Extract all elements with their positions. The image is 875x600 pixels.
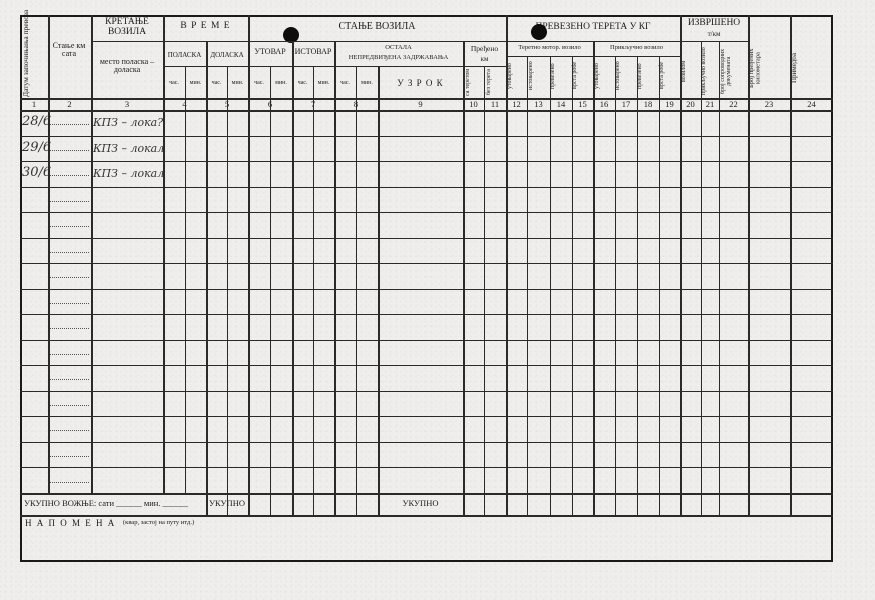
column-number-13: 13 bbox=[527, 100, 550, 109]
grid-line bbox=[185, 66, 186, 493]
grid-line bbox=[91, 15, 93, 493]
header-15: врста робе bbox=[572, 56, 593, 96]
row-line bbox=[20, 187, 833, 188]
row-line bbox=[20, 365, 833, 366]
subheader-minutes: мин. bbox=[185, 80, 206, 86]
row-line bbox=[20, 212, 833, 213]
table-row[interactable] bbox=[20, 391, 833, 417]
row-line bbox=[20, 416, 833, 417]
table-row[interactable] bbox=[20, 289, 833, 315]
header-polaska: ПОЛАСКА bbox=[163, 52, 206, 59]
row-route: КПЗ – локал bbox=[93, 142, 164, 155]
header-21: прикључно возило bbox=[701, 46, 719, 96]
header-17: истоварено bbox=[615, 56, 637, 96]
header-nepredvidjena: НЕПРЕДВИЂЕНА ЗАДРЖАВАЊА bbox=[334, 55, 463, 62]
table-row[interactable] bbox=[20, 442, 833, 468]
napomena-field[interactable] bbox=[22, 530, 831, 560]
odometer-dotted-line bbox=[50, 328, 89, 329]
table-row[interactable] bbox=[20, 340, 833, 366]
napomena-label: Н А П О М Е Н А bbox=[25, 519, 116, 528]
column-number-3: 3 bbox=[91, 100, 163, 109]
grid-line bbox=[790, 15, 792, 515]
odometer-dotted-line bbox=[50, 252, 89, 253]
table-row[interactable] bbox=[20, 212, 833, 238]
row-line bbox=[20, 136, 833, 137]
grid-line bbox=[270, 66, 271, 515]
table-row[interactable] bbox=[20, 467, 833, 493]
table-row[interactable] bbox=[20, 365, 833, 391]
odometer-dotted-line bbox=[50, 430, 89, 431]
header-date: Датум започињања превоза bbox=[22, 17, 46, 97]
grid-line bbox=[206, 41, 208, 515]
grid-line bbox=[313, 66, 314, 515]
grid-line bbox=[463, 41, 465, 515]
grid-line bbox=[20, 110, 833, 112]
header-19: врста робе bbox=[659, 56, 680, 96]
grid-line bbox=[334, 41, 336, 515]
header-prikljucno: Прикључно возило bbox=[593, 45, 680, 52]
row-date: 28/6 bbox=[22, 114, 51, 129]
grid-line bbox=[292, 41, 294, 515]
grid-line bbox=[20, 515, 833, 517]
table-row[interactable] bbox=[20, 416, 833, 442]
row-line bbox=[20, 467, 833, 468]
header-23: Број пређених километара bbox=[749, 40, 790, 96]
odometer-dotted-line bbox=[50, 277, 89, 278]
table-row[interactable] bbox=[20, 263, 833, 289]
row-line bbox=[20, 263, 833, 264]
subheader-hours: час. bbox=[334, 80, 356, 86]
grid-line bbox=[248, 41, 463, 42]
grid-line bbox=[163, 15, 165, 493]
total-driving-label: УКУПНО ВОЖЊЕ: сати ______ мин. ______ bbox=[24, 499, 188, 508]
row-line bbox=[20, 442, 833, 443]
grid-line bbox=[680, 41, 748, 42]
header-20: возилом bbox=[681, 46, 700, 96]
column-number-19: 19 bbox=[659, 100, 680, 109]
grid-line bbox=[506, 15, 508, 515]
header-18: превезено bbox=[637, 56, 659, 96]
grid-line bbox=[593, 41, 595, 515]
column-number-24: 24 bbox=[790, 100, 833, 109]
odometer-dotted-line bbox=[50, 175, 89, 176]
column-number-2: 2 bbox=[48, 100, 91, 109]
header-tkm: т/км bbox=[680, 31, 748, 38]
grid-line bbox=[163, 41, 248, 42]
odometer-dotted-line bbox=[50, 124, 89, 125]
header-16: утоварено bbox=[594, 56, 615, 96]
column-number-1: 1 bbox=[20, 100, 48, 109]
row-route: КПЗ – локал bbox=[93, 167, 164, 180]
grid-line bbox=[506, 41, 680, 42]
row-date: 30/6 bbox=[22, 165, 51, 180]
column-number-20: 20 bbox=[680, 100, 701, 109]
header-dolaska: ДОЛАСКА bbox=[206, 52, 248, 59]
napomena-hint: (квар, застој на путу итд.) bbox=[123, 520, 194, 527]
grid-line bbox=[463, 66, 506, 67]
column-number-12: 12 bbox=[506, 100, 527, 109]
subheader-hours: час. bbox=[248, 80, 270, 86]
header-12: утоварено bbox=[507, 56, 527, 96]
grid-line bbox=[680, 15, 682, 515]
column-number-22: 22 bbox=[719, 100, 748, 109]
column-number-11: 11 bbox=[484, 100, 506, 109]
header-22: број сопроводних докумената bbox=[720, 46, 748, 96]
grid-line bbox=[550, 56, 551, 515]
grid-line bbox=[701, 41, 702, 515]
header-predjeno: Пређено bbox=[463, 45, 506, 53]
grid-line bbox=[484, 66, 485, 515]
odometer-dotted-line bbox=[50, 201, 89, 202]
header-date-label: Датум започињања превоза bbox=[21, 10, 30, 97]
odometer-dotted-line bbox=[50, 226, 89, 227]
header-13: истоварено bbox=[528, 56, 549, 96]
table-row[interactable] bbox=[20, 187, 833, 213]
header-sa-teretom: са теретом bbox=[465, 67, 483, 97]
subheader-hours: час. bbox=[206, 80, 227, 86]
header-uzrok: У З Р О К bbox=[378, 79, 463, 88]
header-predjeno-km: км bbox=[463, 56, 506, 63]
row-line bbox=[20, 340, 833, 341]
total-label-right: УКУПНО bbox=[378, 499, 463, 508]
grid-line bbox=[248, 15, 250, 515]
subheader-minutes: мин. bbox=[227, 80, 248, 86]
column-number-23: 23 bbox=[748, 100, 790, 109]
odometer-dotted-line bbox=[50, 482, 89, 483]
row-line bbox=[20, 289, 833, 290]
grid-line bbox=[572, 56, 573, 515]
row-route: КПЗ – лока? bbox=[93, 116, 163, 129]
row-line bbox=[20, 161, 833, 162]
odometer-dotted-line bbox=[50, 150, 89, 151]
odometer-dotted-line bbox=[50, 405, 89, 406]
header-mesto: место поласка – доласка bbox=[91, 58, 163, 75]
row-line bbox=[20, 238, 833, 239]
column-number-17: 17 bbox=[615, 100, 637, 109]
table-row[interactable] bbox=[20, 238, 833, 264]
header-24: Примедба bbox=[791, 40, 833, 96]
row-line bbox=[20, 314, 833, 315]
header-bez-tereta: без терета bbox=[486, 67, 504, 97]
grid-line bbox=[20, 98, 833, 100]
column-number-14: 14 bbox=[550, 100, 572, 109]
odometer-dotted-line bbox=[50, 379, 89, 380]
column-number-18: 18 bbox=[637, 100, 659, 109]
header-istovar: ИСТОВАР bbox=[292, 48, 334, 56]
punch-hole-right bbox=[531, 24, 547, 40]
grid-line bbox=[637, 56, 638, 515]
subheader-minutes: мин. bbox=[270, 80, 292, 86]
grid-line bbox=[527, 56, 528, 515]
grid-line bbox=[463, 41, 506, 42]
grid-line bbox=[506, 56, 680, 57]
column-number-10: 10 bbox=[463, 100, 484, 109]
column-number-15: 15 bbox=[572, 100, 593, 109]
header-odometer: Стање км сата bbox=[48, 42, 90, 59]
header-izvrseno: ИЗВРШЕНО bbox=[680, 19, 748, 29]
column-number-16: 16 bbox=[593, 100, 615, 109]
grid-line bbox=[20, 493, 833, 495]
row-date: 29/6 bbox=[22, 140, 51, 155]
subheader-minutes: мин. bbox=[356, 80, 378, 86]
header-vreme: В Р Е М Е bbox=[163, 22, 248, 32]
odometer-dotted-line bbox=[50, 303, 89, 304]
odometer-dotted-line bbox=[50, 456, 89, 457]
grid-line bbox=[378, 66, 380, 515]
header-stanje-vozila: СТАЊЕ ВОЗИЛА bbox=[292, 22, 462, 33]
grid-line bbox=[163, 66, 463, 67]
header-utovar: УТОВАР bbox=[248, 48, 292, 56]
grid-line bbox=[748, 15, 750, 515]
grid-line bbox=[227, 66, 228, 515]
header-teretno: Теретно мотор. возило bbox=[506, 45, 593, 52]
odometer-dotted-line bbox=[50, 354, 89, 355]
row-line bbox=[20, 391, 833, 392]
subheader-hours: час. bbox=[292, 80, 313, 86]
header-14: превезено bbox=[550, 56, 572, 96]
subheader-hours: час. bbox=[163, 80, 185, 86]
grid-line bbox=[615, 56, 616, 515]
grid-line bbox=[719, 41, 720, 515]
subheader-minutes: мин. bbox=[313, 80, 334, 86]
grid-line bbox=[48, 15, 50, 493]
grid-line bbox=[356, 66, 357, 515]
header-kretanje: КРЕТАЊЕ ВОЗИЛА bbox=[91, 18, 163, 38]
column-number-21: 21 bbox=[701, 100, 719, 109]
header-ostala: ОСТАЛА bbox=[334, 45, 463, 52]
grid-line bbox=[659, 56, 660, 515]
table-row[interactable] bbox=[20, 314, 833, 340]
column-number-9: 9 bbox=[378, 100, 463, 109]
